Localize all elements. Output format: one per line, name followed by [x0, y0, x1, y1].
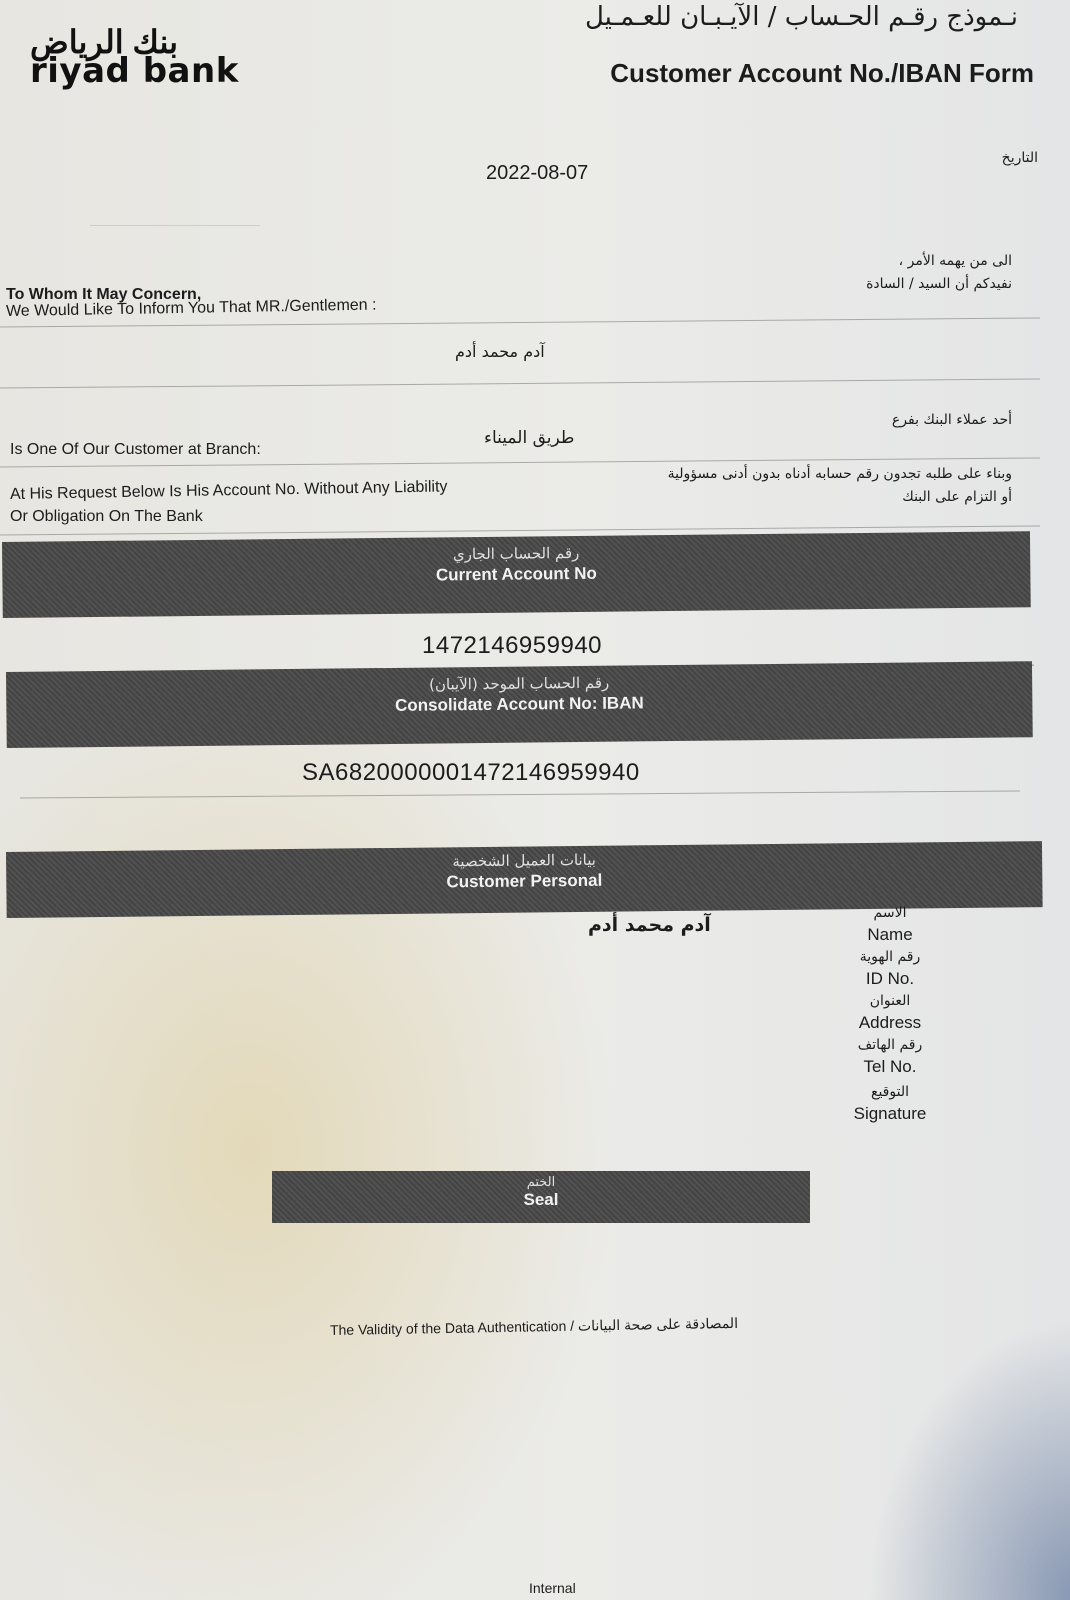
field-id-no: رقم الهوية ID No.: [830, 946, 950, 990]
form-title-arabic: نـموذج رقـم الحـساب / الآيـبـان للعـمـيل: [585, 2, 1018, 32]
field-tel-no: رقم الهاتف Tel No.: [830, 1034, 950, 1078]
divider: [0, 378, 1040, 388]
greeting-ar: الى من يهمه الأمر ،: [899, 253, 1012, 269]
iban-form-document: بنك الرياض riyad bank نـموذج رقـم الحـسا…: [0, 0, 1070, 1600]
riyad-bank-logo: بنك الرياض riyad bank: [30, 26, 240, 88]
field-signature: التوقيع Signature: [830, 1081, 950, 1125]
divider: [90, 225, 260, 226]
personal-fields-list: الاسم Name رقم الهوية ID No. العنوان Add…: [830, 902, 950, 1125]
divider: [20, 791, 1020, 799]
data-validity-note: The Validity of the Data Authentication …: [330, 1315, 738, 1339]
branch-label-ar: أحد عملاء البنك بفرع: [892, 412, 1012, 428]
date-value: 2022-08-07: [486, 162, 588, 185]
divider: [0, 317, 1040, 327]
field-name: الاسم Name: [830, 902, 950, 946]
request-en-line1: At His Request Below Is His Account No. …: [10, 478, 448, 504]
current-account-header: رقم الحساب الجاري Current Account No: [2, 531, 1031, 618]
form-title: Customer Account No./IBAN Form: [610, 58, 1034, 89]
seal-header-en: Seal: [272, 1190, 810, 1210]
current-account-number: 1472146959940: [422, 632, 602, 660]
request-ar-line1: وبناء على طلبه تجدون رقم حسابه أدناه بدو…: [668, 466, 1012, 482]
inform-ar: نفيدكم أن السيد / السادة: [866, 276, 1012, 292]
iban-number: SA6820000001472146959940: [302, 759, 640, 787]
personal-name-value: آدم محمد أدم: [588, 914, 711, 936]
field-address: العنوان Address: [830, 990, 950, 1034]
seal-header-ar: الختم: [272, 1175, 810, 1190]
request-ar-line2: أو التزام على البنك: [902, 489, 1012, 505]
customer-name-value: آدم محمد أدم: [455, 342, 545, 361]
branch-value: طريق الميناء: [484, 428, 574, 448]
iban-header: رقم الحساب الموحد (الآيبان) Consolidate …: [6, 661, 1033, 748]
date-label: التاريخ: [1002, 150, 1038, 166]
seal-header: الختم Seal: [272, 1171, 810, 1223]
request-en-line2: Or Obligation On The Bank: [10, 508, 203, 526]
branch-label-en: Is One Of Our Customer at Branch:: [10, 441, 261, 459]
logo-english: riyad bank: [30, 54, 240, 88]
classification-label: Internal: [529, 1580, 576, 1596]
